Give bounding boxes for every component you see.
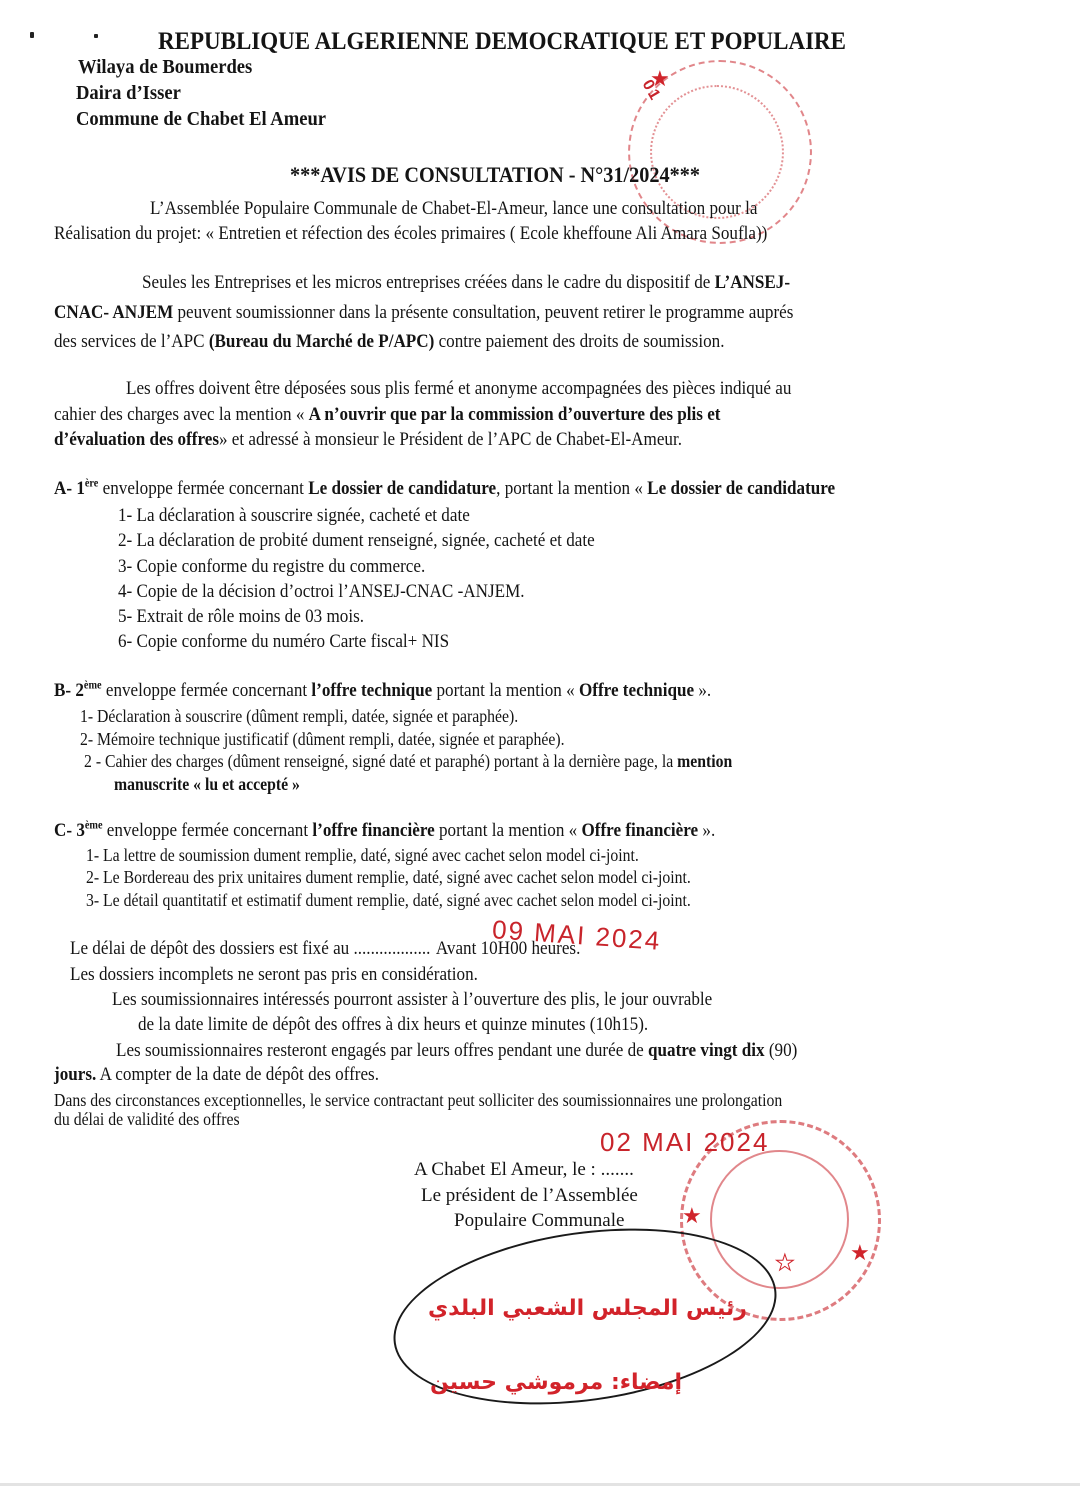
signatory-role-1: Le président de l’Assemblée (421, 1185, 638, 1207)
envelope-a-item-1: 1- La déclaration à souscrire signée, ca… (118, 505, 470, 527)
submission-bold: d’évaluation des offres (54, 429, 219, 450)
envelope-c-item-1: 1- La lettre de soumission dument rempli… (86, 845, 639, 866)
envelope-a-bold: Le dossier de candidature (308, 478, 496, 499)
eligibility-text: Seules les Entreprises et les micros ent… (142, 272, 715, 293)
envelope-c-sup: ème (85, 820, 103, 832)
commune-label: Commune de Chabet El Ameur (76, 108, 326, 131)
envelope-a-sup: ère (85, 478, 98, 490)
envelope-a-bold: Le dossier de candidature (647, 478, 835, 499)
eligibility-line-2: CNAC- ANJEM peuvent soumissionner dans l… (54, 302, 793, 324)
arabic-stamp-title: رئيس المجلس الشعبي البلدي (428, 1296, 747, 1321)
page-bottom-edge (0, 1483, 1080, 1486)
envelope-b-bold: « lu et accepté » (189, 774, 300, 794)
submission-text: cahier des charges avec la mention « (54, 404, 309, 425)
envelope-a-item-3: 3- Copie conforme du registre du commerc… (118, 556, 425, 578)
handwritten-sign-date: 02 MAI 2024 (600, 1127, 769, 1158)
incomplete-notice: Les dossiers incomplets ne seront pas pr… (70, 964, 478, 986)
page-title: ***AVIS DE CONSULTATION - N°31/2024*** (290, 162, 700, 188)
envelope-c-text: portant la mention « (435, 820, 582, 841)
envelope-b-item-3-cont: manuscrite « lu et accepté » (114, 774, 300, 795)
eligibility-text: des services de l’APC (54, 331, 209, 352)
envelope-b-text: 2 - Cahier des charges (dûment renseigné… (84, 751, 677, 771)
star-icon: ★ (775, 1250, 795, 1276)
signatory-role-2: Populaire Communale (454, 1210, 624, 1232)
eligibility-line-3: des services de l’APC (Bureau du Marché … (54, 331, 724, 353)
submission-line-2: cahier des charges avec la mention « A n… (54, 404, 721, 426)
envelope-a-item-5: 5- Extrait de rôle moins de 03 mois. (118, 606, 364, 628)
star-icon: ★ (850, 1240, 870, 1266)
validity-text: Les soumissionnaires resteront engagés p… (116, 1040, 648, 1061)
exceptional-line-2: du délai de validité des offres (54, 1109, 240, 1130)
envelope-a-prefix: A- 1 (54, 478, 85, 499)
envelope-c-text: ». (698, 820, 715, 841)
envelope-c-heading: C- 3ème enveloppe fermée concernant l’of… (54, 820, 715, 842)
eligibility-line-1: Seules les Entreprises et les micros ent… (142, 272, 790, 294)
envelope-c-bold: Offre financière (581, 820, 698, 841)
envelope-b-item-2: 2- Mémoire technique justificatif (dûmen… (80, 729, 565, 750)
exceptional-line-1: Dans des circonstances exceptionnelles, … (54, 1090, 782, 1111)
envelope-c-bold: l’offre financière (312, 820, 434, 841)
validity-bold: jours. (54, 1064, 96, 1085)
envelope-b-text: ». (694, 680, 711, 701)
stray-mark (30, 32, 34, 38)
envelope-b-heading: B- 2ème enveloppe fermée concernant l’of… (54, 680, 711, 702)
envelope-b-bold: Offre technique (579, 680, 694, 701)
envelope-b-prefix: B- 2 (54, 680, 84, 701)
envelope-a-item-2: 2- La déclaration de probité dument rens… (118, 530, 595, 552)
submission-line-3: d’évaluation des offres» et adressé à mo… (54, 429, 682, 451)
eligibility-bold: L’ANSEJ- (715, 272, 790, 293)
envelope-a-heading: A- 1ère enveloppe fermée concernant Le d… (54, 478, 835, 500)
validity-line-1: Les soumissionnaires resteront engagés p… (116, 1040, 797, 1062)
validity-bold: quatre vingt dix (648, 1040, 765, 1061)
country-heading: REPUBLIQUE ALGERIENNE DEMOCRATIQUE ET PO… (158, 28, 846, 56)
envelope-c-text: enveloppe fermée concernant (103, 820, 313, 841)
validity-line-2: jours. A compter de la date de dépôt des… (54, 1064, 379, 1086)
validity-text: A compter de la date de dépôt des offres… (96, 1064, 379, 1085)
daira-label: Daira d’Isser (76, 82, 181, 105)
envelope-b-bold: manuscrite (114, 774, 189, 794)
envelope-b-sup: ème (84, 680, 102, 692)
envelope-b-text: portant la mention « (432, 680, 579, 701)
submission-bold: A n’ouvrir que par la commission d’ouver… (309, 404, 721, 425)
star-icon: ★ (682, 1203, 702, 1229)
validity-text: (90) (765, 1040, 798, 1061)
envelope-a-item-4: 4- Copie de la décision d’octroi l’ANSEJ… (118, 581, 525, 603)
envelope-b-bold: mention (677, 751, 732, 771)
submission-line-1: Les offres doivent être déposées sous pl… (126, 378, 791, 400)
envelope-b-item-1: 1- Déclaration à souscrire (dûment rempl… (80, 706, 518, 727)
opening-line-2: de la date limite de dépôt des offres à … (138, 1014, 648, 1036)
envelope-b-text: enveloppe fermée concernant (102, 680, 312, 701)
intro-line-1: L’Assemblée Populaire Communale de Chabe… (150, 198, 757, 220)
arabic-stamp-name: إمضاء: مرموشي حسين (430, 1370, 682, 1395)
eligibility-bold: (Bureau du Marché de P/APC) (209, 331, 434, 352)
envelope-c-item-2: 2- Le Bordereau des prix unitaires dumen… (86, 867, 691, 888)
eligibility-text: contre paiement des droits de soumission… (434, 331, 724, 352)
submission-text: » et adressé à monsieur le Président de … (219, 429, 682, 450)
wilaya-label: Wilaya de Boumerdes (78, 56, 252, 79)
stray-mark (94, 34, 98, 38)
deadline-dots: .................. (353, 938, 430, 959)
envelope-b-item-3: 2 - Cahier des charges (dûment renseigné… (84, 751, 732, 772)
envelope-b-bold: l’offre technique (311, 680, 432, 701)
envelope-a-text: enveloppe fermée concernant (98, 478, 308, 499)
place-date-line: A Chabet El Ameur, le : ....... (414, 1159, 634, 1181)
envelope-c-prefix: C- 3 (54, 820, 85, 841)
opening-line-1: Les soumissionnaires intéressés pourront… (112, 989, 712, 1011)
eligibility-bold: CNAC- ANJEM (54, 302, 173, 323)
envelope-a-text: , portant la mention « (496, 478, 647, 499)
envelope-a-item-6: 6- Copie conforme du numéro Carte fiscal… (118, 631, 449, 653)
envelope-c-item-3: 3- Le détail quantitatif et estimatif du… (86, 890, 691, 911)
eligibility-text: peuvent soumissionner dans la présente c… (173, 302, 793, 323)
intro-line-2: Réalisation du projet: « Entretien et ré… (54, 223, 767, 245)
deadline-text: Le délai de dépôt des dossiers est fixé … (70, 938, 353, 959)
